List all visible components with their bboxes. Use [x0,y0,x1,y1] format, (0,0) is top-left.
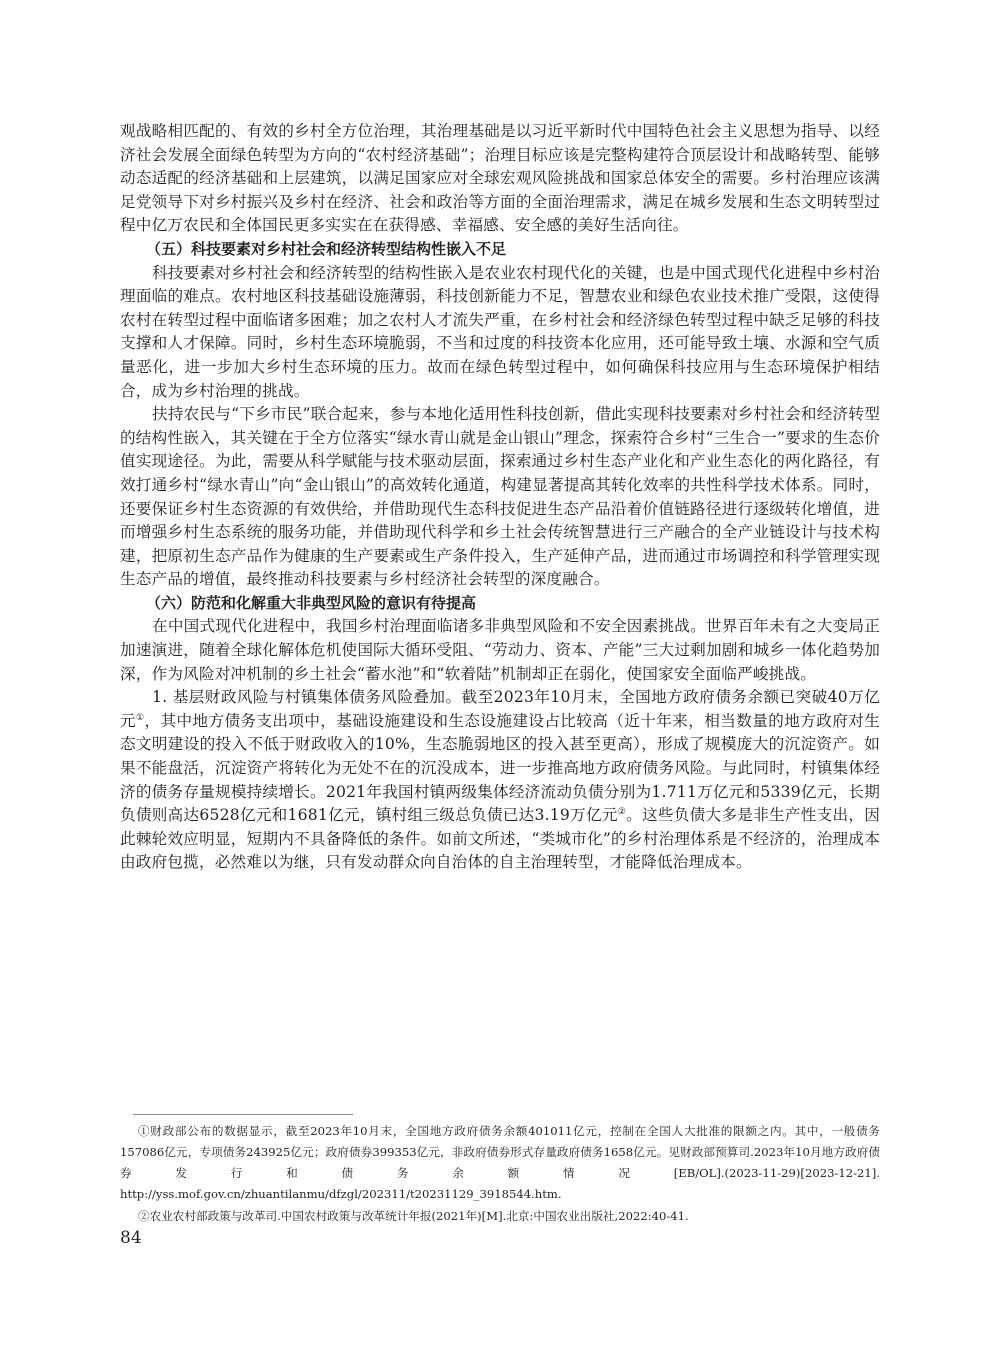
footnote-ref-2[interactable]: ② [618,807,626,817]
page-number: 84 [120,1228,142,1248]
footnote-1: ①财政部公布的数据显示，截至2023年10月末，全国地方政府债务余额401011… [120,1121,880,1205]
paragraph-farmers-citizens: 扶持农民与“下乡市民”联合起来，参与本地化适用性科技创新，借此实现科技要素对乡村… [120,403,880,592]
footnote-divider [133,1114,353,1115]
paragraph-risk-challenges: 在中国式现代化进程中，我国乡村治理面临诸多非典型风险和不安全因素挑战。世界百年未… [120,615,880,686]
section-heading-6: （六）防范和化解重大非典型风险的意识有待提高 [120,592,880,616]
footnote-2: ②农业农村部政策与改革司.中国农村政策与改革统计年报(2021年)[M].北京:… [120,1206,880,1227]
paragraph-tech-embedding: 科技要素对乡村社会和经济转型的结构性嵌入是农业农村现代化的关键，也是中国式现代化… [120,262,880,404]
paragraph-continuation: 观战略相匹配的、有效的乡村全方位治理，其治理基础是以习近平新时代中国特色社会主义… [120,120,880,238]
paragraph-fiscal-debt-risk: 1. 基层财政风险与村镇集体债务风险叠加。截至2023年10月末，全国地方政府债… [120,686,880,875]
page-body: 观战略相匹配的、有效的乡村全方位治理，其治理基础是以习近平新时代中国特色社会主义… [120,120,880,875]
section-heading-5: （五）科技要素对乡村社会和经济转型结构性嵌入不足 [120,238,880,262]
